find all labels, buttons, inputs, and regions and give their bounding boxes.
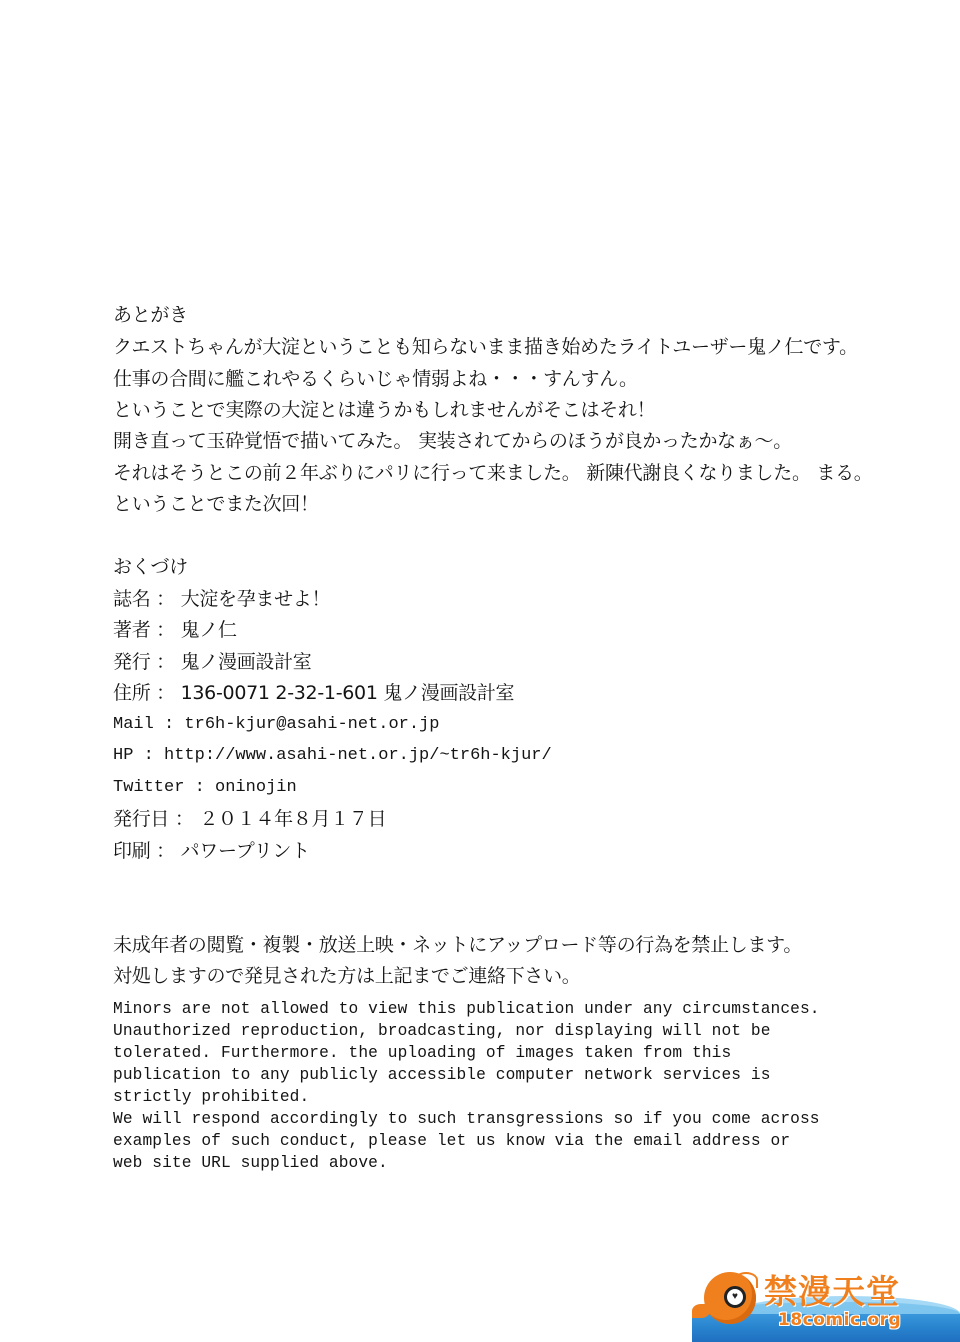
colophon-entry-homepage: HP : http://www.asahi-net.or.jp/~tr6h-kj… — [113, 745, 552, 767]
entry-value: 136-0071 2-32-1-601 鬼ノ漫画設計室 — [181, 682, 515, 704]
entry-value: 鬼ノ仁 — [181, 619, 237, 641]
afterword-line: ということで実際の大淀とは違うかもしれませんがそこはそれ！ — [113, 399, 655, 421]
document-page: あとがき クエストちゃんが大淀ということも知らないまま描き始めたライトユーザー鬼… — [0, 0, 960, 1342]
notice-en-line: We will respond accordingly to such tran… — [113, 1108, 820, 1130]
entry-label: Mail — [113, 715, 154, 734]
afterword-line: 仕事の合間に艦これやるくらいじゃ情弱よね・・・すんすん。 — [113, 368, 638, 390]
whale-heart-icon: ♥ — [704, 1272, 756, 1324]
entry-value: http://www.asahi-net.or.jp/~tr6h-kjur/ — [164, 746, 552, 765]
afterword-line: クエストちゃんが大淀ということも知らないまま描き始めたライトユーザー鬼ノ仁です。 — [113, 336, 858, 358]
colophon-entry-address: 住所 ： 136-0071 2-32-1-601 鬼ノ漫画設計室 — [113, 682, 514, 704]
entry-label: 住所 — [113, 682, 150, 704]
entry-label: 発行 — [113, 651, 150, 673]
colophon-entry-author: 著者 ： 鬼ノ仁 — [113, 619, 237, 641]
entry-separator: ： — [156, 682, 175, 704]
notice-jp-line: 未成年者の閲覧・複製・放送上映・ネットにアップロード等の行為を禁止します。 — [113, 934, 802, 956]
entry-label: 印刷 — [113, 840, 150, 862]
entry-label: HP — [113, 746, 133, 765]
entry-label: 著者 — [113, 619, 150, 641]
entry-label: 誌名 — [113, 588, 150, 610]
notice-en-line: tolerated. Furthermore. the uploading of… — [113, 1042, 731, 1064]
entry-separator: : — [164, 715, 174, 734]
heart-icon: ♥ — [724, 1286, 746, 1308]
entry-separator: ： — [156, 588, 175, 610]
afterword-line: ということでまた次回！ — [113, 493, 319, 515]
entry-label: Twitter — [113, 778, 184, 797]
entry-value: oninojin — [215, 778, 297, 797]
colophon-entry-title: 誌名 ： 大淀を孕ませよ！ — [113, 588, 330, 610]
entry-value: 大淀を孕ませよ！ — [181, 588, 331, 610]
afterword-heading: あとがき — [113, 304, 188, 326]
entry-separator: ： — [156, 651, 175, 673]
entry-value: 鬼ノ漫画設計室 — [181, 651, 312, 673]
colophon-entry-publisher: 発行 ： 鬼ノ漫画設計室 — [113, 651, 312, 673]
entry-value: tr6h-kjur@asahi-net.or.jp — [184, 715, 439, 734]
watermark-logo[interactable]: ♥ 禁漫天堂 18comic.org — [692, 1258, 960, 1342]
entry-separator: ： — [175, 808, 194, 830]
colophon-entry-printer: 印刷 ： パワープリント — [113, 840, 310, 862]
colophon-entry-twitter: Twitter : oninojin — [113, 777, 297, 799]
afterword-line: 開き直って玉砕覚悟で描いてみた。 実装されてからのほうが良かったかなぁ～。 — [113, 430, 792, 452]
notice-en-line: publication to any publicly accessible c… — [113, 1064, 771, 1086]
notice-en-line: Minors are not allowed to view this publ… — [113, 998, 820, 1020]
colophon-heading: おくづけ — [113, 556, 188, 578]
entry-separator: : — [195, 778, 205, 797]
colophon-entry-date: 発行日 ： ２０１４年８月１７日 — [113, 808, 386, 830]
colophon-entry-mail: Mail : tr6h-kjur@asahi-net.or.jp — [113, 714, 439, 736]
notice-en-line: strictly prohibited. — [113, 1086, 309, 1108]
watermark-subtitle: 18comic.org — [778, 1310, 901, 1330]
watermark-title: 禁漫天堂 — [764, 1266, 900, 1313]
notice-en-line: web site URL supplied above. — [113, 1152, 388, 1174]
entry-value: ２０１４年８月１７日 — [199, 808, 386, 830]
entry-value: パワープリント — [181, 840, 310, 862]
notice-en-line: Unauthorized reproduction, broadcasting,… — [113, 1020, 771, 1042]
afterword-line: それはそうとこの前２年ぶりにパリに行って来ました。 新陳代謝良くなりました。 ま… — [113, 462, 872, 484]
entry-separator: : — [144, 746, 154, 765]
notice-jp-line: 対処しますので発見された方は上記までご連絡下さい。 — [113, 965, 581, 987]
entry-label: 発行日 — [113, 808, 169, 830]
notice-en-line: examples of such conduct, please let us … — [113, 1130, 790, 1152]
entry-separator: ： — [156, 619, 175, 641]
entry-separator: ： — [156, 840, 175, 862]
